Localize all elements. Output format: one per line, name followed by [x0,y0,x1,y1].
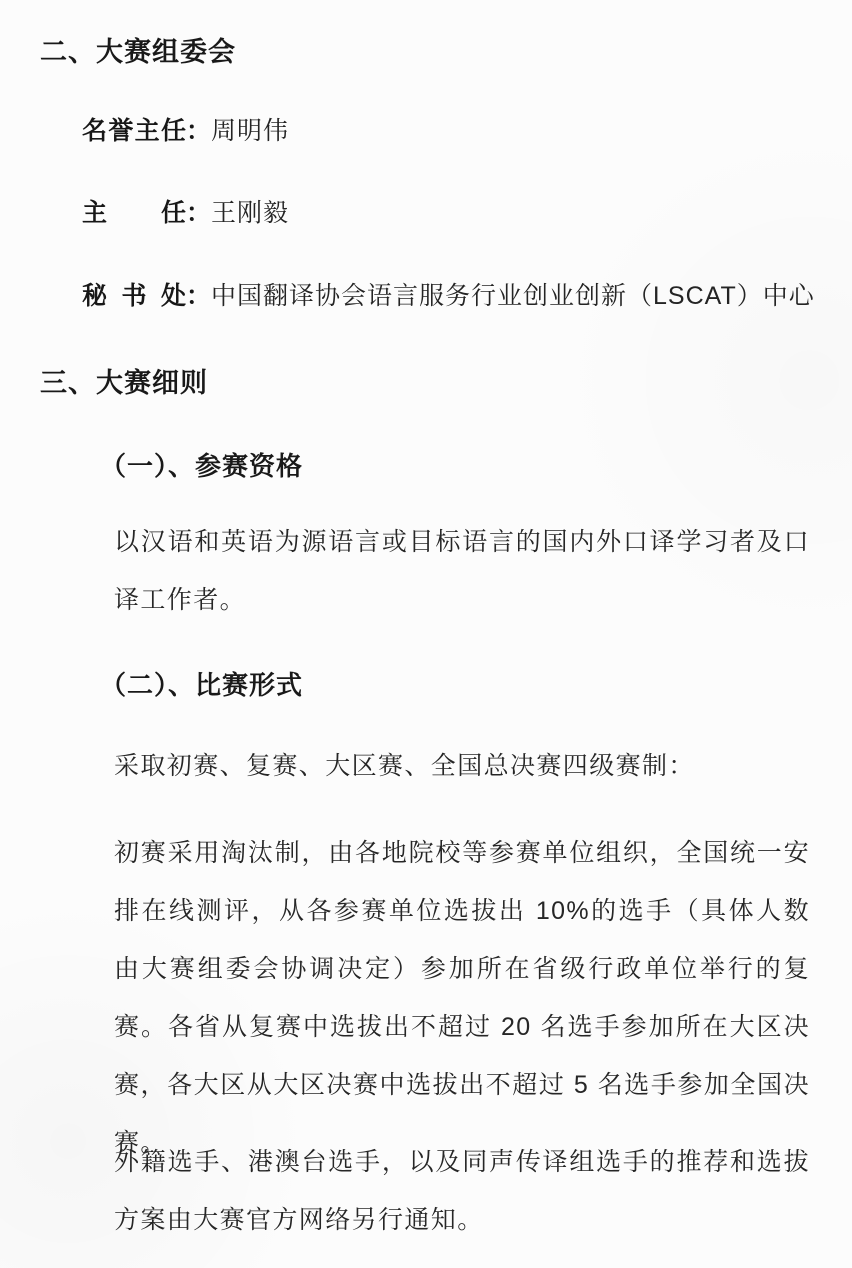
section-heading-committee: 二、大赛组委会 [40,30,236,69]
paragraph-eligibility: 以汉语和英语为源语言或目标语言的国内外口译学习者及口译工作者。 [114,513,810,629]
entry-value: 周明伟 [211,117,289,145]
entry-secretariat: 秘书处：中国翻译协会语言服务行业创业创新（LSCAT）中心 [82,276,815,312]
subsection-heading-format: （二）、比赛形式 [100,665,303,702]
entry-label: 秘书处 [82,276,186,312]
entry-colon: ： [186,117,211,145]
subsection-heading-eligibility: （一）、参赛资格 [100,446,303,483]
paragraph-format-overview: 采取初赛、复赛、大区赛、全国总决赛四级赛制： [114,737,695,795]
paragraph-foreign-contestants: 外籍选手、港澳台选手，以及同声传译组选手的推荐和选拔方案由大赛官方网络另行通知。 [114,1133,810,1249]
entry-value: 王刚毅 [211,199,289,227]
section-heading-rules: 三、大赛细则 [40,361,208,400]
entry-label: 主任 [82,193,186,229]
entry-colon: ： [186,282,211,310]
scanned-document-page: 二、大赛组委会 名誉主任：周明伟 主任：王刚毅 秘书处：中国翻译协会语言服务行业… [0,0,852,1268]
paragraph-preliminary-rules: 初赛采用淘汰制，由各地院校等参赛单位组织，全国统一安排在线测评，从各参赛单位选拔… [114,824,810,1172]
entry-honorary-director: 名誉主任：周明伟 [82,111,289,147]
entry-value: 中国翻译协会语言服务行业创业创新（LSCAT）中心 [211,282,815,310]
entry-colon: ： [186,199,211,227]
entry-label: 名誉主任 [82,111,186,147]
entry-director: 主任：王刚毅 [82,193,289,229]
